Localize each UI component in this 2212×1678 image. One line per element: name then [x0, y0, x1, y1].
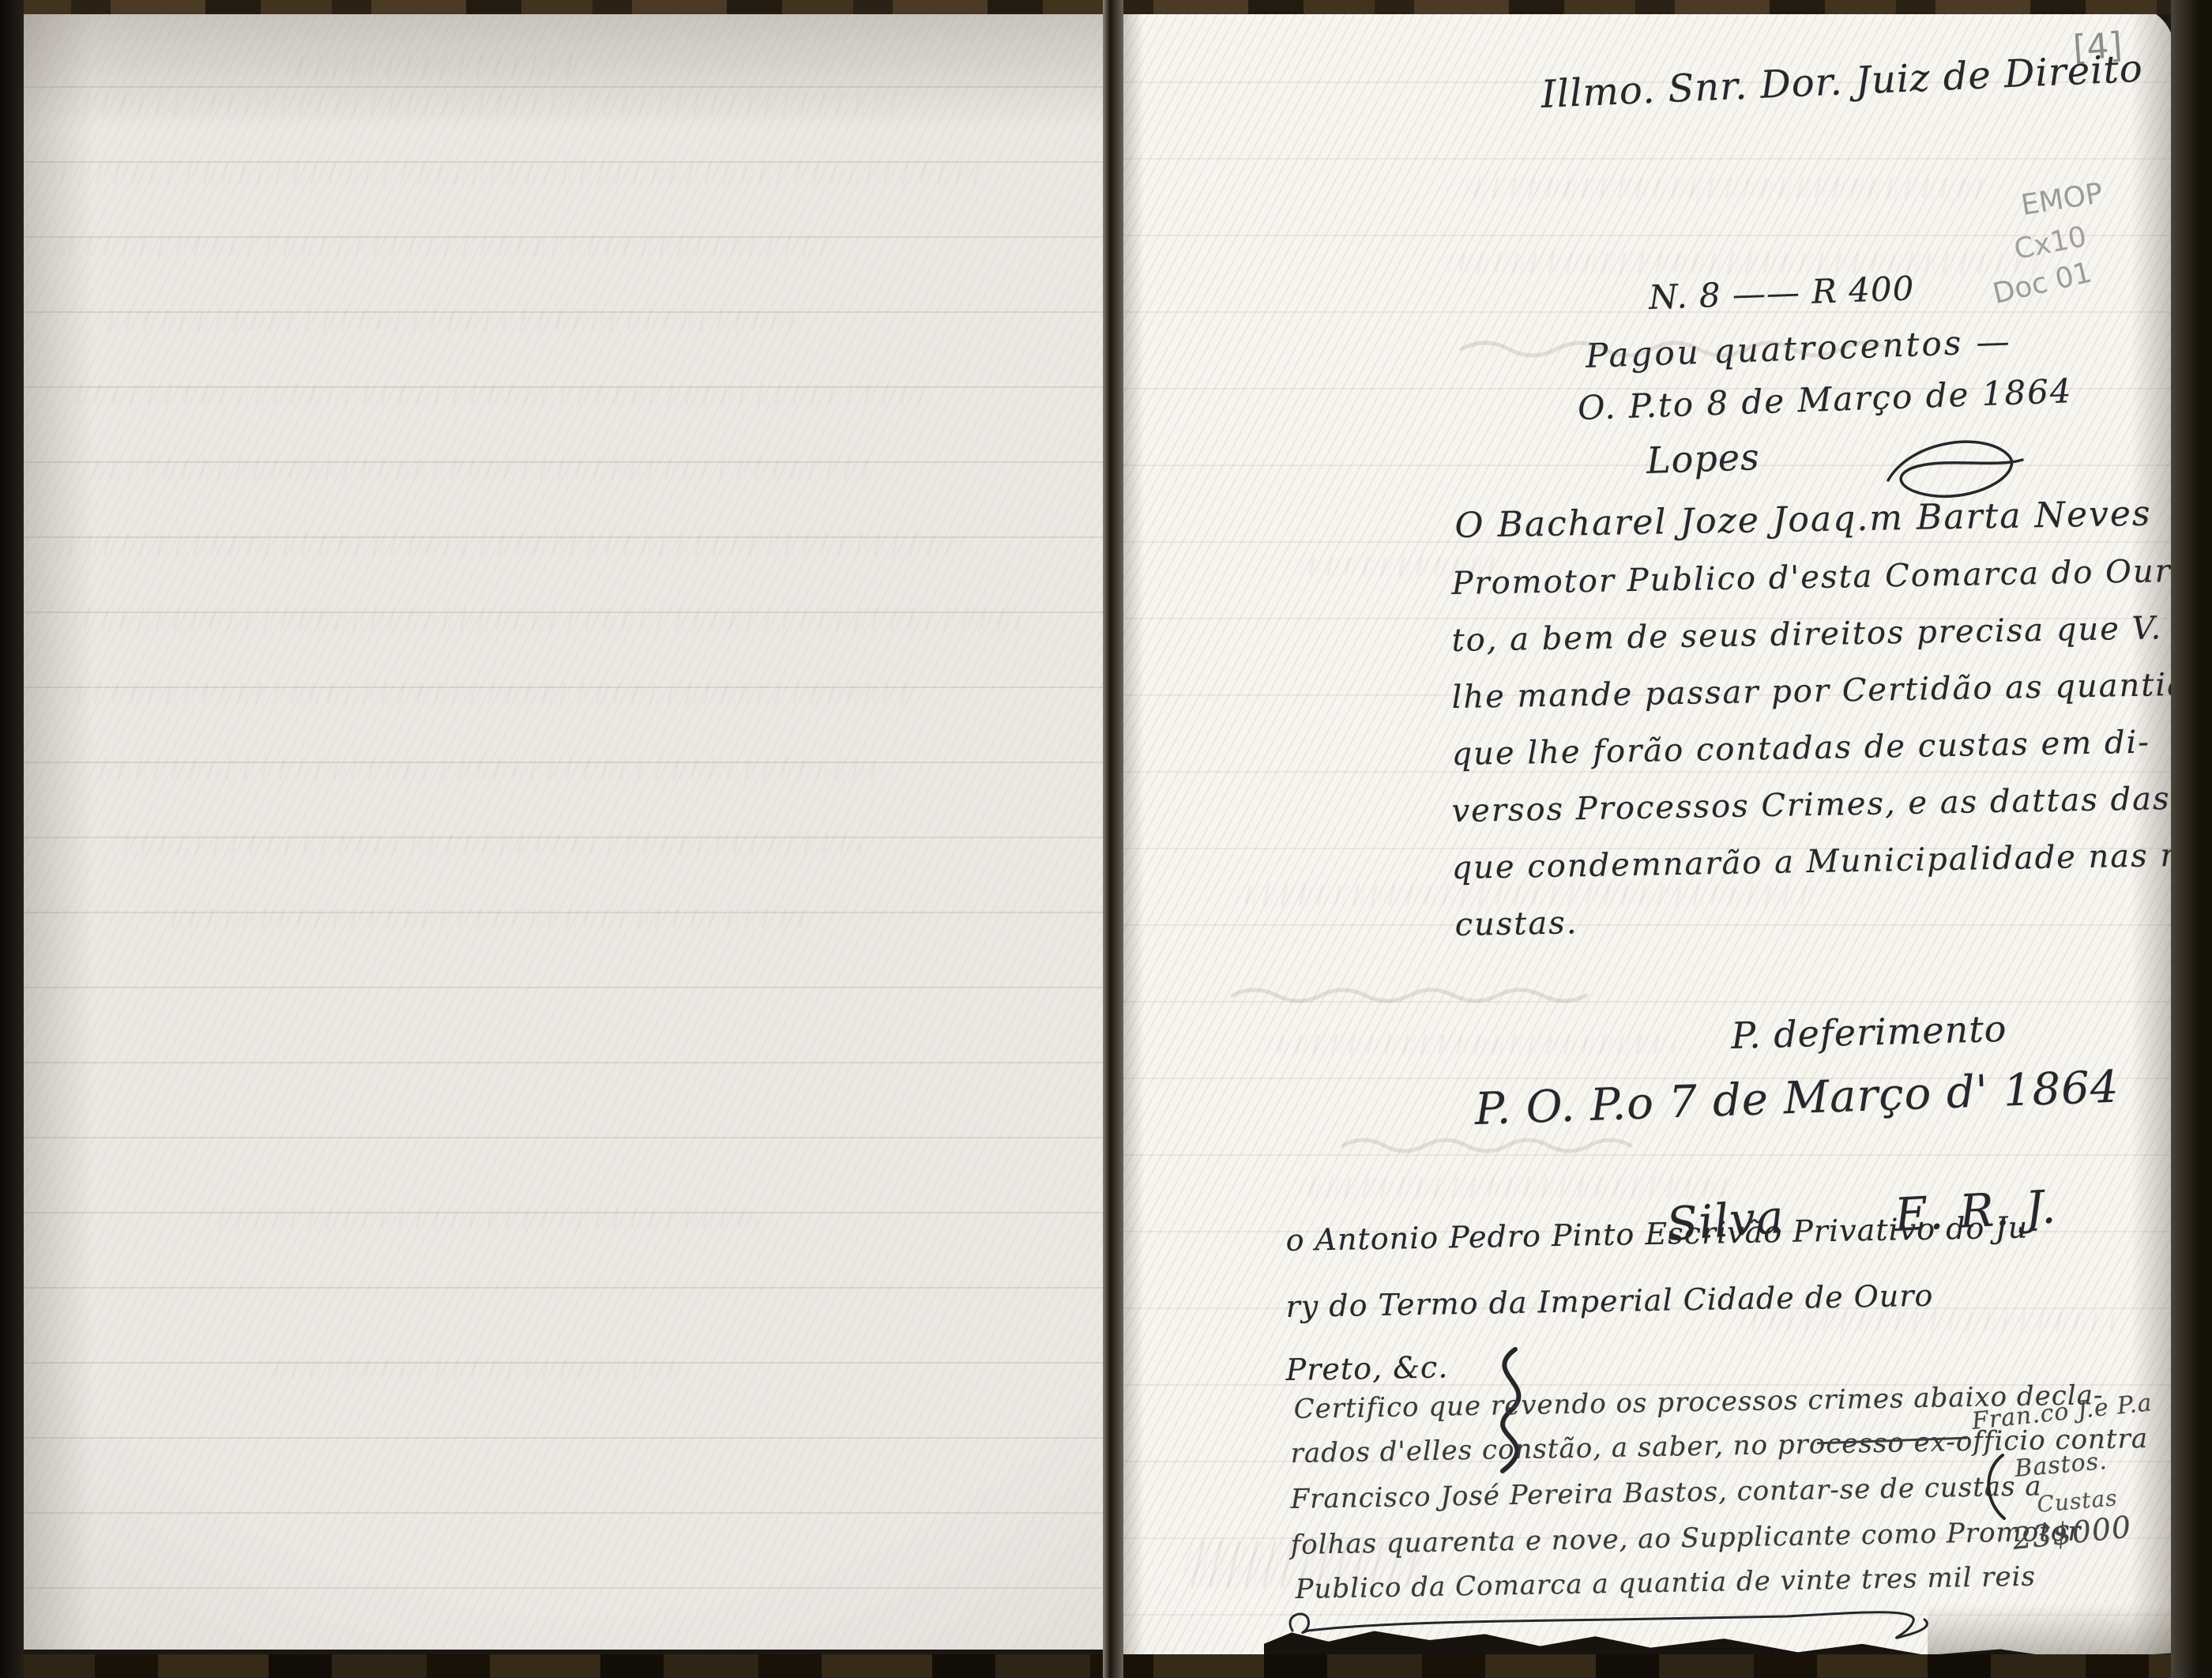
margin-bracket-icon	[1979, 1452, 2011, 1523]
bleedthrough-smudge	[261, 1359, 687, 1378]
bleedthrough-smudge	[55, 533, 964, 555]
bleedthrough-smudge	[158, 909, 806, 927]
certificate-heading-line: Preto, &c.	[1285, 1349, 1448, 1387]
bleedthrough-smudge	[1446, 253, 2046, 273]
bleedthrough-smudge	[71, 93, 901, 115]
document-scan: [4] EMOP Cx10 Doc 01 Illmo. Snr. Dor. Ju…	[0, 0, 2212, 1678]
bleedthrough-smudge	[111, 833, 861, 854]
bleedthrough-smudge	[71, 608, 1019, 630]
bleedthrough-squiggle	[1461, 332, 2014, 363]
bleedthrough-smudge	[284, 55, 585, 79]
registry-clerk-signature: Lopes	[1646, 435, 1760, 482]
plea-line: P. deferimento	[1731, 1007, 2007, 1057]
bleedthrough-squiggle	[1232, 980, 1706, 1011]
left-page-blank	[22, 13, 1104, 1650]
bleedthrough-smudge	[1264, 1035, 1675, 1054]
bleedthrough-smudge	[95, 310, 806, 330]
bleedthrough-squiggle	[1343, 1130, 1754, 1161]
bleedthrough-smudge	[79, 458, 869, 479]
scanner-bed-right-edge	[2171, 0, 2212, 1678]
page-gutter-shadow	[1103, 0, 1123, 1678]
bleedthrough-smudge	[63, 384, 932, 404]
bleedthrough-smudge	[1461, 178, 1983, 198]
bleedthrough-smudge	[63, 683, 916, 704]
bleedthrough-smudge	[55, 235, 829, 256]
bleedthrough-smudge	[205, 1209, 758, 1228]
bleedthrough-smudge	[1232, 885, 1817, 905]
scanner-bed-left-edge	[0, 0, 24, 1678]
petition-line: custas.	[1454, 905, 1578, 943]
bleedthrough-smudge	[1296, 1177, 1738, 1198]
bleedthrough-smudge	[87, 758, 877, 779]
bleedthrough-smudge	[47, 162, 980, 184]
